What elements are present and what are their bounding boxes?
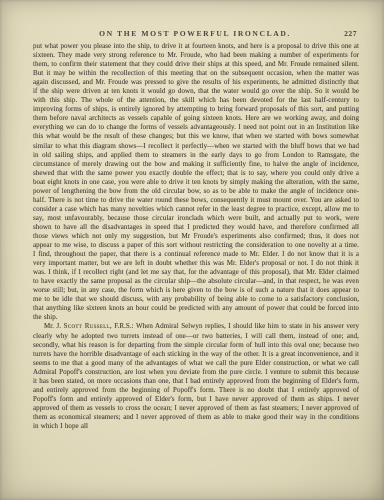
paragraph-continuation: put what power you please into the ship,… (33, 42, 359, 322)
paragraph-scott-russell: Mr. J. Scott Russell, F.R.S.: When Admir… (33, 322, 359, 431)
scanned-book-page: ON THE MOST POWERFUL IRONCLAD. 227 put w… (0, 0, 384, 500)
body-text: put what power you please into the ship,… (33, 42, 359, 431)
page-number: 227 (344, 29, 357, 39)
speaker-prefix: Mr. J. (44, 322, 64, 330)
running-header: ON THE MOST POWERFUL IRONCLAD. 227 (33, 29, 357, 39)
speaker-name: Scott Russell (64, 322, 110, 330)
speech-text: When Admiral Selwyn replies, I should li… (33, 322, 359, 430)
speaker-suffix: , F.R.S.: (110, 322, 136, 330)
running-title: ON THE MOST POWERFUL IRONCLAD. (33, 29, 357, 39)
